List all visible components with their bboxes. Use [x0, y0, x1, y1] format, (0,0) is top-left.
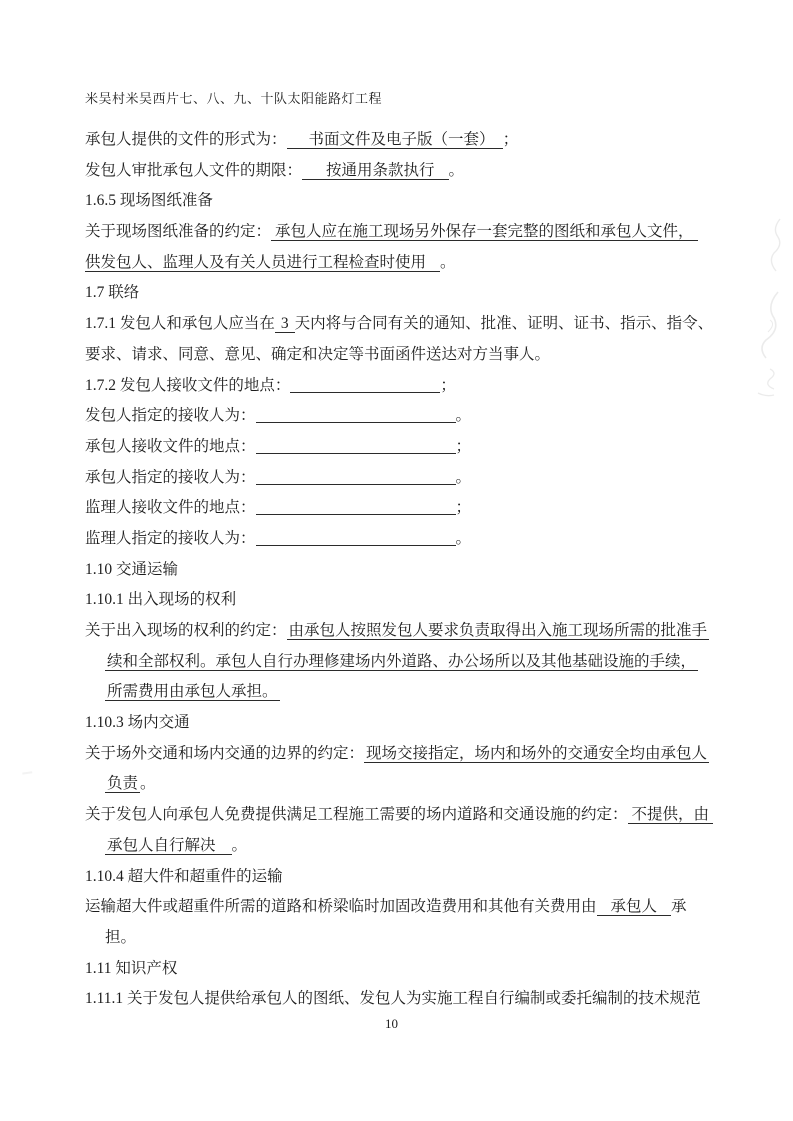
- filled-in-blank: 承包人: [597, 898, 672, 916]
- scan-smudge-artifact: [752, 365, 782, 401]
- document-line: 1.10.4 超大件和超重件的运输: [85, 862, 745, 893]
- document-line: 承包人提供的文件的形式为：书面文件及电子版（一套）；: [85, 125, 745, 156]
- document-line: 关于发包人向承包人免费提供满足工程施工需要的场内道路和交通设施的约定：不提供，由: [85, 800, 745, 831]
- page-number: 10: [0, 1016, 783, 1032]
- text-segment: 发包人指定的接收人为：: [85, 407, 256, 424]
- document-line: 续和全部权利。承包人自行办理修建场内外道路、办公场所以及其他基础设施的手续，: [85, 647, 745, 678]
- text-segment: 承包人接收文件的地点：: [85, 438, 256, 455]
- document-line: 1.11 知识产权: [85, 954, 745, 985]
- text-segment: ；: [503, 131, 519, 148]
- document-line: 1.10.1 出入现场的权利: [85, 585, 745, 616]
- document-line: 1.6.5 现场图纸准备: [85, 186, 745, 217]
- text-segment: 1.10.1 出入现场的权利: [85, 591, 236, 608]
- document-line: 关于场外交通和场内交通的边界的约定：现场交接指定，场内和场外的交通安全均由承包人: [85, 739, 745, 770]
- text-segment: ；: [456, 499, 472, 516]
- text-segment: 运输超大件或超重件所需的道路和桥梁临时加固改造费用和其他有关费用由: [85, 898, 597, 915]
- text-segment: 发包人审批承包人文件的期限：: [85, 162, 302, 179]
- text-segment: 1.7 联络: [85, 284, 139, 301]
- filled-in-blank: 现场交接指定，场内和场外的交通安全均由承包人: [364, 745, 709, 763]
- filled-in-blank: 承包人应在施工现场另外保存一套完整的图纸和承包人文件，: [271, 223, 698, 241]
- document-line: 关于现场图纸准备的约定：承包人应在施工现场另外保存一套完整的图纸和承包人文件，: [85, 217, 745, 248]
- filled-in-blank: 续和全部权利。承包人自行办理修建场内外道路、办公场所以及其他基础设施的手续，: [105, 653, 698, 671]
- document-line: 监理人接收文件的地点：；: [85, 493, 745, 524]
- filled-in-blank: 负责: [105, 775, 140, 793]
- text-segment: 。: [449, 162, 465, 179]
- document-line: 承包人指定的接收人为：。: [85, 463, 745, 494]
- empty-blank-field: [256, 530, 456, 546]
- document-line: 运输超大件或超重件所需的道路和桥梁临时加固改造费用和其他有关费用由承包人承: [85, 892, 745, 923]
- text-segment: 1.10.4 超大件和超重件的运输: [85, 868, 283, 885]
- text-segment: 关于现场图纸准备的约定：: [85, 223, 271, 240]
- document-line: 负责。: [85, 769, 745, 800]
- scan-smudge-artifact: [752, 215, 786, 275]
- document-header-project-title: 米吴村米吴西片七、八、九、十队太阳能路灯工程: [85, 88, 382, 107]
- filled-in-blank: 书面文件及电子版（一套）: [287, 131, 503, 149]
- empty-blank-field: [256, 438, 456, 454]
- filled-in-blank: 由承包人按照发包人要求负责取得出入施工现场所需的批准手: [287, 622, 710, 640]
- empty-blank-field: [256, 500, 456, 516]
- empty-blank-field: [256, 408, 456, 424]
- text-segment: ；: [456, 438, 472, 455]
- document-line: 供发包人、监理人及有关人员进行工程检查时使用。: [85, 248, 745, 279]
- document-line: 承包人自行解决。: [85, 831, 745, 862]
- document-line: 担。: [85, 923, 745, 954]
- text-segment: 要求、请求、同意、意见、确定和决定等书面函件送达对方当事人。: [85, 346, 550, 363]
- document-line: 发包人指定的接收人为：。: [85, 401, 745, 432]
- document-line: 发包人审批承包人文件的期限：按通用条款执行。: [85, 156, 745, 187]
- text-segment: 承包人指定的接收人为：: [85, 469, 256, 486]
- text-segment: ；: [440, 377, 456, 394]
- document-line: 1.10 交通运输: [85, 555, 745, 586]
- document-line: 要求、请求、同意、意见、确定和决定等书面函件送达对方当事人。: [85, 340, 745, 371]
- document-line: 1.7 联络: [85, 278, 745, 309]
- filled-in-blank: 承包人自行解决: [105, 837, 232, 855]
- document-line: 关于出入现场的权利的约定：由承包人按照发包人要求负责取得出入施工现场所需的批准手: [85, 616, 745, 647]
- text-segment: 担。: [105, 929, 136, 946]
- filled-in-blank: 所需费用由承包人承担。: [105, 683, 280, 701]
- text-segment: 1.11.1 关于发包人提供给承包人的图纸、发包人为实施工程自行编制或委托编制的…: [85, 990, 701, 1007]
- text-segment: 。: [456, 469, 472, 486]
- filled-in-blank: 按通用条款执行: [302, 162, 449, 180]
- document-line: 1.10.3 场内交通: [85, 708, 745, 739]
- text-segment: 。: [440, 254, 456, 271]
- text-segment: 天内将与合同有关的通知、批准、证明、证书、指示、指令、: [295, 315, 714, 332]
- text-segment: 。: [232, 837, 248, 854]
- document-body: 承包人提供的文件的形式为：书面文件及电子版（一套）；发包人审批承包人文件的期限：…: [85, 125, 745, 1015]
- text-segment: 1.10 交通运输: [85, 561, 178, 578]
- document-line: 1.11.1 关于发包人提供给承包人的图纸、发包人为实施工程自行编制或委托编制的…: [85, 984, 745, 1015]
- text-segment: 监理人指定的接收人为：: [85, 530, 256, 547]
- text-segment: 关于场外交通和场内交通的边界的约定：: [85, 745, 364, 762]
- text-segment: 。: [140, 775, 156, 792]
- text-segment: 关于出入现场的权利的约定：: [85, 622, 287, 639]
- empty-blank-field: [256, 469, 456, 485]
- filled-in-blank: 3: [275, 315, 295, 333]
- empty-blank-field: [290, 377, 440, 393]
- text-segment: 承: [671, 898, 687, 915]
- text-segment: 监理人接收文件的地点：: [85, 499, 256, 516]
- text-segment: 。: [456, 530, 472, 547]
- document-line: 承包人接收文件的地点：；: [85, 432, 745, 463]
- document-line: 监理人指定的接收人为：。: [85, 524, 745, 555]
- document-line: 所需费用由承包人承担。: [85, 677, 745, 708]
- filled-in-blank: 供发包人、监理人及有关人员进行工程检查时使用: [85, 254, 440, 272]
- text-segment: 。: [456, 407, 472, 424]
- text-segment: 1.11 知识产权: [85, 960, 177, 977]
- scan-smudge-artifact: [22, 767, 33, 774]
- document-line: 1.7.1 发包人和承包人应当在3天内将与合同有关的通知、批准、证明、证书、指示…: [85, 309, 745, 340]
- text-segment: 1.6.5 现场图纸准备: [85, 192, 213, 209]
- filled-in-blank: 不提供，由: [628, 806, 714, 824]
- text-segment: 1.10.3 场内交通: [85, 714, 190, 731]
- text-segment: 关于发包人向承包人免费提供满足工程施工需要的场内道路和交通设施的约定：: [85, 806, 628, 823]
- text-segment: 承包人提供的文件的形式为：: [85, 131, 287, 148]
- text-segment: 1.7.2 发包人接收文件的地点：: [85, 377, 290, 394]
- document-line: 1.7.2 发包人接收文件的地点：；: [85, 371, 745, 402]
- scan-smudge-artifact: [748, 290, 786, 360]
- text-segment: 1.7.1 发包人和承包人应当在: [85, 315, 275, 332]
